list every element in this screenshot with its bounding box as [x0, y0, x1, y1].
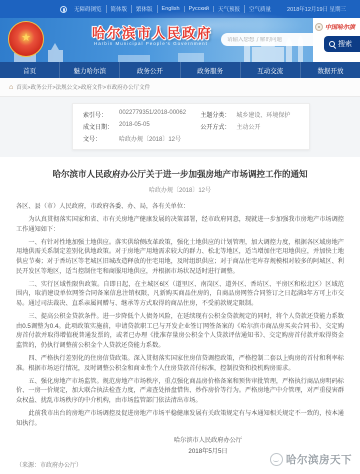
meta-label: 成文日期：: [83, 122, 119, 131]
meta-field-index-no: 索引号： 0022779351/2018-00062: [83, 110, 196, 119]
search-button[interactable]: 搜索: [324, 36, 360, 52]
document-paragraph: 二、实行区域性限售政策。自即日起，在主城区6区（道里区、南岗区、道外区、香坊区、…: [16, 280, 344, 309]
national-emblem-logo: [8, 21, 44, 57]
search-box: [221, 33, 320, 46]
meta-label: 公开方式：: [200, 122, 236, 131]
site-title[interactable]: 哈尔滨市人民政府: [92, 22, 212, 42]
nav-item-gov-services[interactable]: 政务服务: [181, 62, 241, 78]
search-input[interactable]: [227, 37, 314, 43]
source-note: （来源：市政府办公厅）: [16, 460, 82, 469]
meta-value: 2018-05-05: [119, 122, 150, 131]
nav-item-home[interactable]: 首页: [0, 62, 60, 78]
meta-field-publicity: 公开方式： 主动公开: [200, 122, 299, 131]
meta-value: 0022779351/2018-00062: [119, 110, 186, 119]
page: 无障碍浏览 简体版 繁体版 English Русский 天气预报 空气质量 …: [0, 0, 360, 474]
document-salutation: 各区、县（市）人民政府，市政府各委、办、局，各有关单位：: [16, 202, 344, 212]
document-number: 哈政办规〔2018〕12号: [16, 185, 344, 194]
document-paragraph: 四、严格执行差别化的住房信贷政策。深入贯彻落实国家住房信贷调控政策，严格控制二套…: [16, 354, 344, 373]
meta-value: 城乡建设、环境保护: [236, 110, 290, 119]
meta-field-issue-date: 成文日期： 2018-05-05: [83, 122, 196, 131]
accessibility-icon: [60, 6, 67, 13]
document-paragraph: 此前我市出台的房地产市场调控及促进房地产市场平稳健康发展有关政策规定有与本通知相…: [16, 409, 344, 428]
fang-logo-icon: [270, 453, 283, 466]
nav-item-interaction[interactable]: 互动交流: [241, 62, 301, 78]
breadcrumb: ⌂ 首页>政务公开>法规公文>政府文件>市政府办公厅文件: [0, 78, 360, 97]
document-meta-card: 索引号： 0022779351/2018-00062 主题分类： 城乡建设、环境…: [72, 103, 310, 150]
meta-label: 索引号：: [83, 110, 119, 119]
site-banner: 哈尔滨市人民政府 Harbin Municipal People's Gover…: [0, 18, 360, 62]
nav-item-gov-disclosure[interactable]: 政务公开: [120, 62, 180, 78]
meta-field-subject: 主题分类： 城乡建设、环境保护: [200, 110, 299, 119]
document-paragraph: 五、强化房地产市场监管。规范房地产市场秩序，重点强化商品房价格备案和预售审批管理…: [16, 377, 344, 406]
home-icon: ⌂: [9, 84, 13, 91]
seal-stamp-icon: [315, 23, 323, 31]
topbar-link-accessibility[interactable]: 无障碍浏览: [70, 5, 107, 13]
search-button-label: 搜索: [338, 39, 352, 49]
fang-logo-text: 哈尔滨房天下: [286, 452, 352, 467]
document-title: 哈尔滨市人民政府办公厅关于进一步加强房地产市场调控工作的通知: [22, 168, 338, 180]
meta-band: 索引号： 0022779351/2018-00062 主题分类： 城乡建设、环境…: [0, 97, 360, 157]
site-subtitle-english: Harbin Municipal People's Government: [94, 41, 208, 46]
fang-watermark: 哈尔滨房天下: [270, 452, 352, 467]
meta-field-doc-number: 文号： 哈政办规〔2018〕12号: [83, 134, 196, 143]
signature-org: 哈尔滨市人民政府办公厅: [44, 435, 360, 446]
main-navigation: 首页 魅力哈尔滨 政务公开 政务服务 互动交流 数据开放: [0, 62, 360, 78]
document-body: 哈尔滨市人民政府办公厅关于进一步加强房地产市场调控工作的通知 哈政办规〔2018…: [0, 157, 360, 458]
document-paragraph: 为认真贯彻落实国家和省、市有关房地产健康发展的决策部署，经市政府同意，现就进一步…: [16, 215, 344, 234]
meta-label: 主题分类：: [200, 110, 236, 119]
search-icon: [329, 41, 335, 47]
nav-item-charming-harbin[interactable]: 魅力哈尔滨: [60, 62, 120, 78]
nav-item-open-data[interactable]: 数据开放: [301, 62, 360, 78]
breadcrumb-path[interactable]: 首页>政务公开>法规公文>政府文件>市政府办公厅文件: [16, 83, 150, 91]
meta-value: 主动公开: [236, 122, 260, 131]
document-paragraph: 一、有针对性地加强土地供应。落实供给侧改革政策，强化土地供应的计划管理，加大调控…: [16, 238, 344, 276]
china-harbin-script: 中国哈尔滨: [325, 22, 355, 31]
document-paragraph: 三、提高公积金贷款条件。进一步降低个人债务风险，在延续现有公积金贷款规定的同时，…: [16, 312, 344, 350]
meta-label: 文号：: [83, 134, 119, 143]
meta-value: 哈政办规〔2018〕12号: [119, 134, 181, 143]
